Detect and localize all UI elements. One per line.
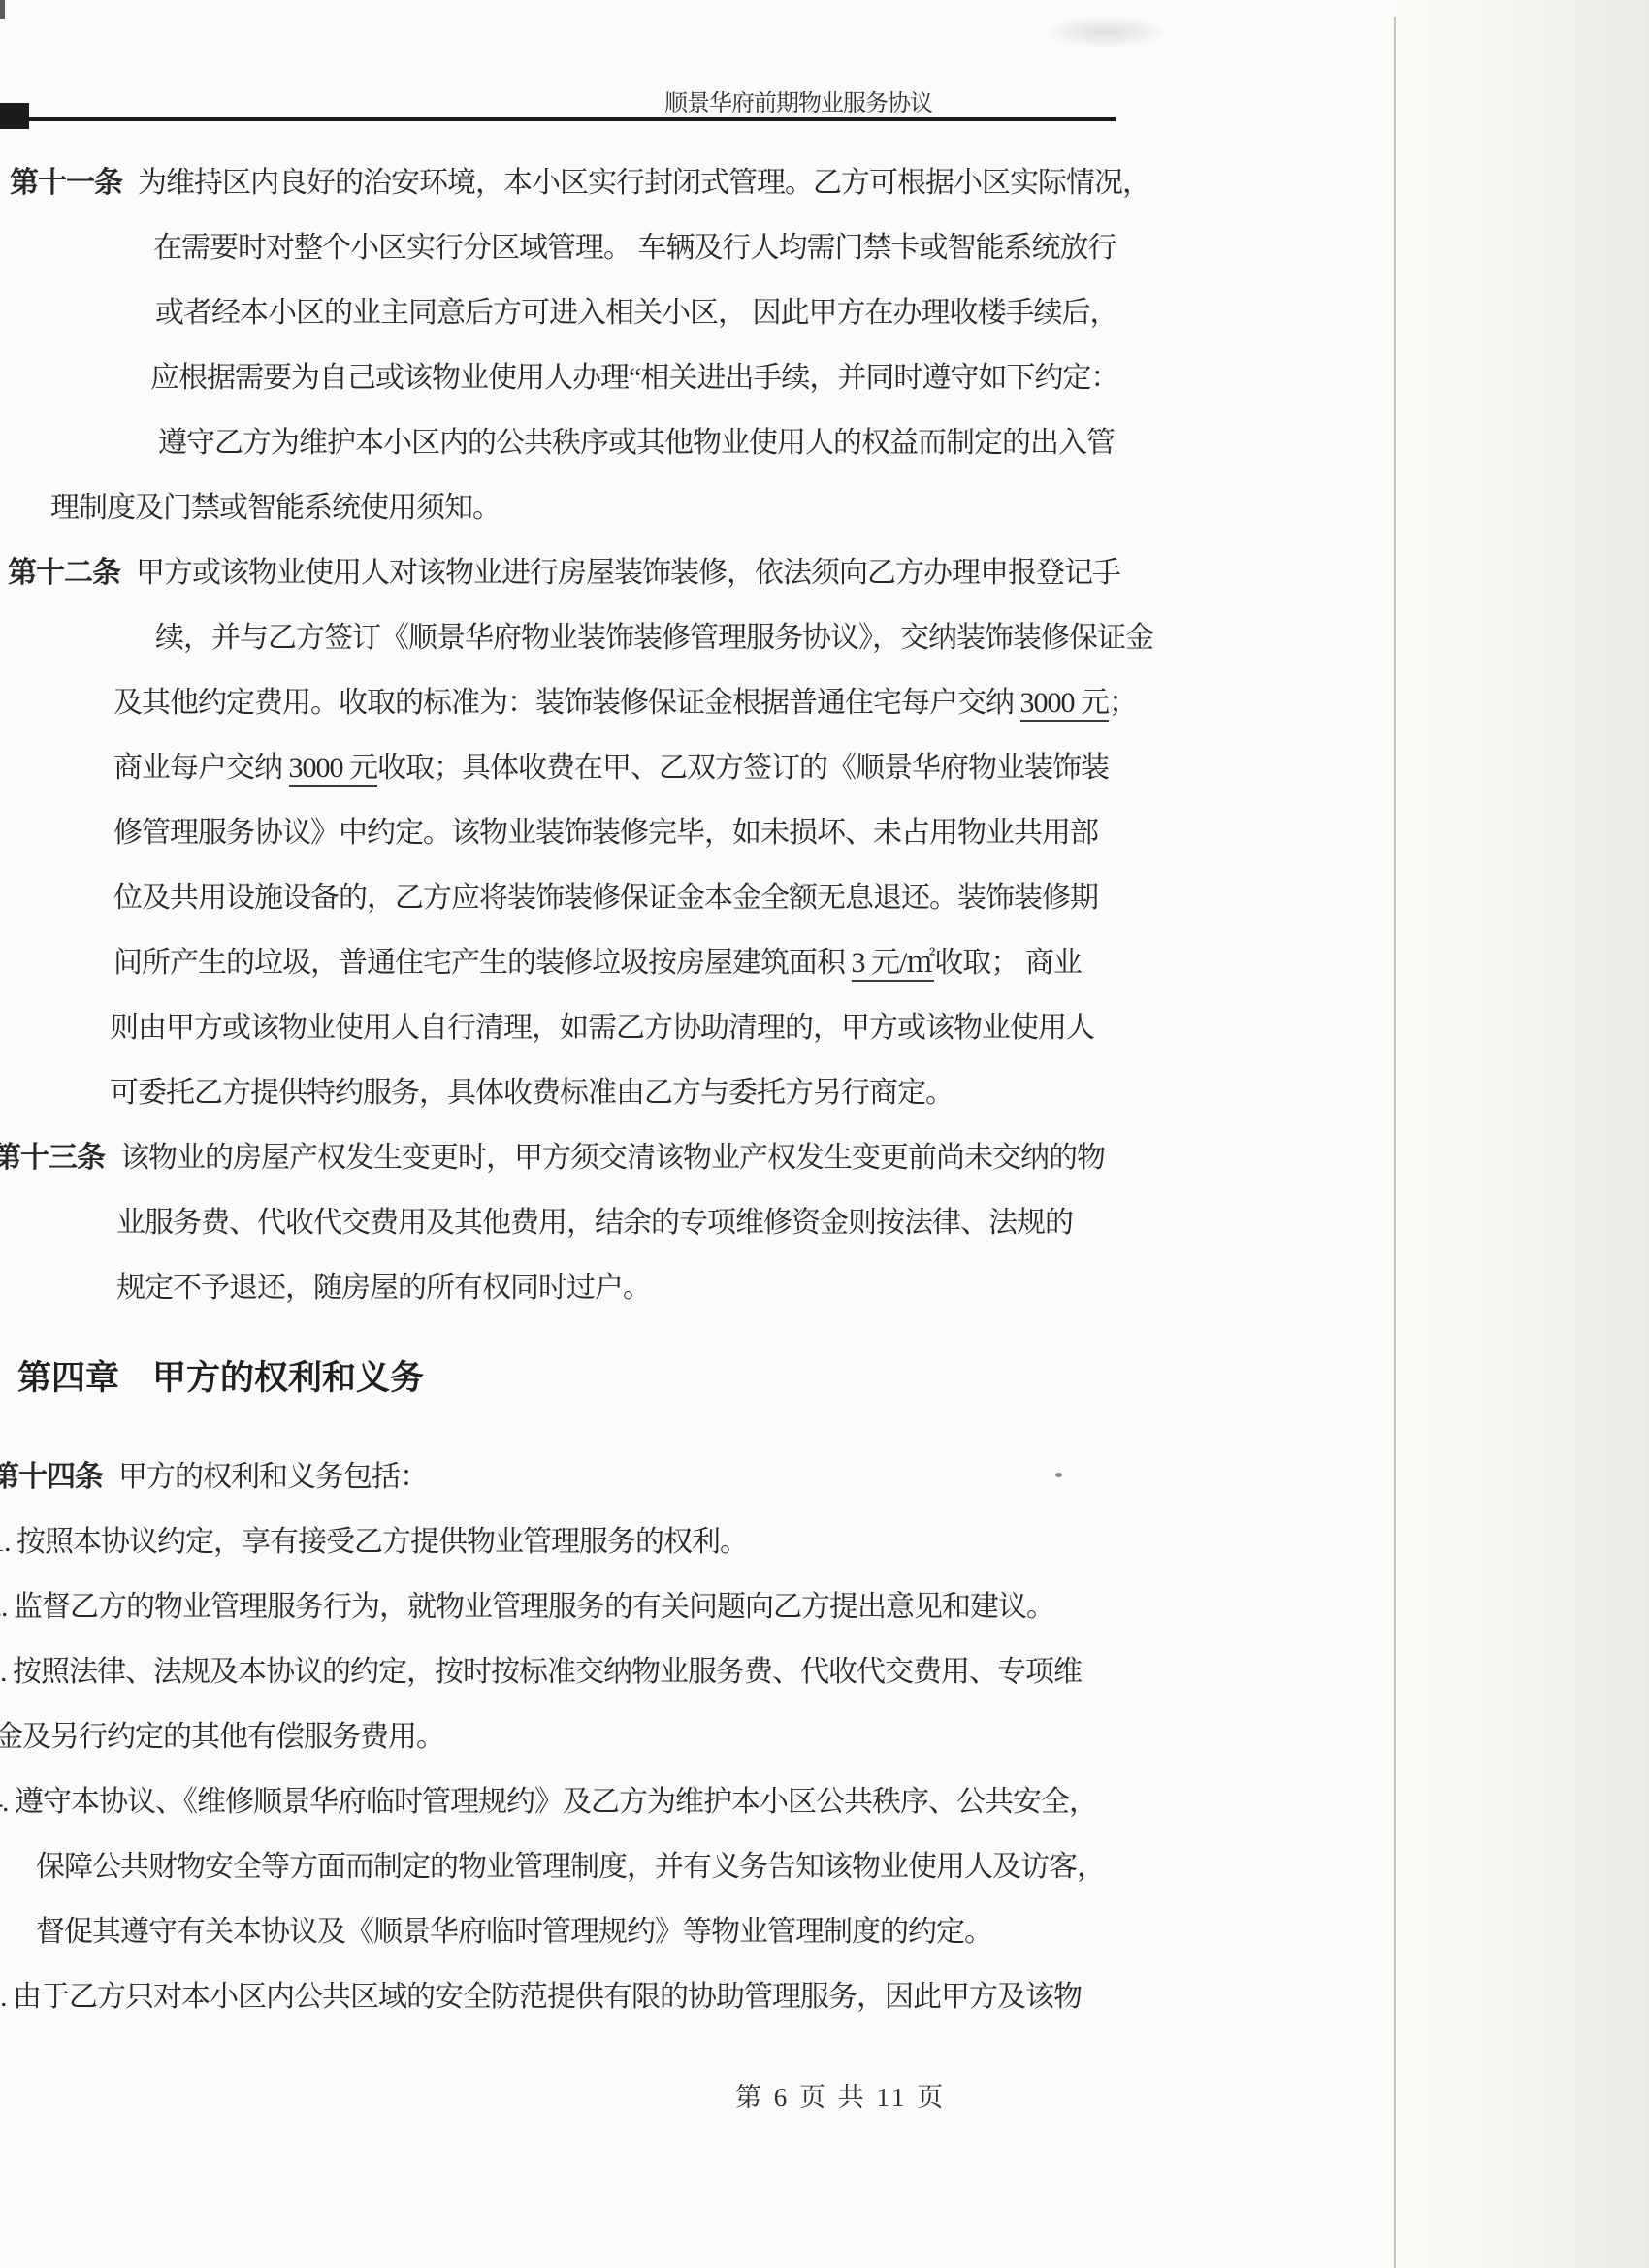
- article-12-text-4b: 收取；具体收费在甲、乙双方签订的《顺景华府物业装饰装: [377, 752, 1109, 784]
- deposit-amount-residential: 3000 元: [1020, 687, 1110, 722]
- list-item-3-line-1: 3. 按照法律、法规及本协议的约定，按时按标准交纳物业服务费、代收代交费用、专项…: [0, 1639, 1280, 1704]
- article-13-label: 第十三条: [0, 1142, 105, 1174]
- document-body: 第十一条为维持区内良好的治安环境，本小区实行封闭式管理。乙方可根据小区实际情况，…: [0, 150, 1280, 2029]
- chapter-4-number: 第四章: [17, 1359, 119, 1397]
- deposit-amount-commercial: 3000 元: [289, 752, 378, 787]
- list-item-2: 2. 监督乙方的物业管理服务行为，就物业管理服务的有关问题向乙方提出意见和建议。: [0, 1574, 1280, 1639]
- article-12-line-5: 修管理服务协议》中约定。该物业装饰装修完毕，如未损坏、未占用物业共用部: [113, 800, 1280, 865]
- scan-edge-artifact: [0, 0, 5, 19]
- chapter-4-title: 甲方的权利和义务: [152, 1359, 424, 1397]
- article-14-text-1: 甲方的权利和义务包括：: [118, 1461, 428, 1493]
- article-12-line-7: 间所产生的垃圾，普通住宅产生的装修垃圾按房屋建筑面积 3 元/㎡收取； 商业: [113, 930, 1280, 995]
- article-13-line-1: 第十三条该物业的房屋产权发生变更时，甲方须交清该物业产权发生变更前尚未交纳的物: [0, 1125, 1280, 1190]
- paper-edge-line: [1394, 17, 1396, 2268]
- list-item-4-line-3: 督促其遵守有关本协议及《顺景华府临时管理规约》等物业管理制度的约定。: [36, 1899, 1280, 1964]
- article-11-line-1: 第十一条为维持区内良好的治安环境，本小区实行封闭式管理。乙方可根据小区实际情况，: [10, 150, 1280, 215]
- article-12-line-2: 续，并与乙方签订《顺景华府物业装饰装修管理服务协议》，交纳装饰装修保证金: [155, 605, 1280, 670]
- article-13-text-1: 该物业的房屋产权发生变更时，甲方须交清该物业产权发生变更前尚未交纳的物: [120, 1142, 1105, 1174]
- article-12-line-1: 第十二条甲方或该物业使用人对该物业进行房屋装饰装修，依法须向乙方办理申报登记手: [8, 540, 1280, 605]
- article-11-line-6: 理制度及门禁或智能系统使用须知。: [50, 475, 1280, 540]
- paper-edge-shading: [1396, 0, 1649, 2268]
- article-11-line-4: 应根据需要为自己或该物业使用人办理“相关进出手续，并同时遵守如下约定：: [150, 345, 1280, 410]
- article-12-text-1: 甲方或该物业使用人对该物业进行房屋装饰装修，依法须向乙方办理申报登记手: [136, 557, 1120, 589]
- garbage-fee-rate: 3 元/㎡: [852, 947, 935, 982]
- list-item-4-line-2: 保障公共财物安全等方面而制定的物业管理制度，并有义务告知该物业使用人及访客，: [36, 1834, 1280, 1899]
- list-item-1: 1. 按照本协议约定，享有接受乙方提供物业管理服务的权利。: [0, 1509, 1280, 1574]
- article-11-line-3: 或者经本小区的业主同意后方可进入相关小区， 因此甲方在办理收楼手续后，: [155, 280, 1280, 345]
- chapter-4-heading: 第四章甲方的权利和义务: [17, 1345, 1280, 1410]
- article-13-line-3: 规定不予退还，随房屋的所有权同时过户。: [116, 1255, 1280, 1320]
- list-item-3-line-2: 金及另行约定的其他有偿服务费用。: [0, 1704, 1280, 1769]
- header-rule: [21, 117, 1115, 121]
- list-item-4-line-1: 4. 遵守本协议、《维修顺景华府临时管理规约》及乙方为维护本小区公共秩序、公共安…: [0, 1769, 1280, 1834]
- article-12-text-7a: 间所产生的垃圾，普通住宅产生的装修垃圾按房屋建筑面积: [113, 947, 852, 979]
- article-12-text-3b: ；: [1109, 687, 1137, 719]
- scanned-document-page: 顺景华府前期物业服务协议 第十一条为维持区内良好的治安环境，本小区实行封闭式管理…: [0, 0, 1649, 2268]
- article-12-line-4: 商业每户交纳 3000 元收取；具体收费在甲、乙双方签订的《顺景华府物业装饰装: [113, 735, 1280, 800]
- article-11-text-1: 为维持区内良好的治安环境，本小区实行封闭式管理。乙方可根据小区实际情况，: [138, 167, 1150, 199]
- article-12-text-3a: 及其他约定费用。收取的标准为：装饰装修保证金根据普通住宅每户交纳: [113, 687, 1020, 719]
- article-12-text-7b: 收取； 商业: [934, 947, 1082, 979]
- scan-black-mark: [0, 103, 29, 129]
- article-12-line-8: 则由甲方或该物业使用人自行清理，如需乙方协助清理的，甲方或该物业使用人: [110, 995, 1280, 1060]
- article-11-label: 第十一条: [10, 167, 122, 199]
- article-12-label: 第十二条: [8, 557, 120, 589]
- article-12-line-6: 位及共用设施设备的，乙方应将装饰装修保证金本金全额无息退还。装饰装修期: [113, 865, 1280, 930]
- article-11-line-2: 在需要时对整个小区实行分区域管理。 车辆及行人均需门禁卡或智能系统放行: [153, 215, 1280, 280]
- article-12-text-4a: 商业每户交纳: [113, 752, 289, 784]
- scan-smudge-artifact: [1043, 16, 1169, 49]
- article-14-line-1: 第十四条甲方的权利和义务包括：: [0, 1444, 1280, 1509]
- article-12-line-3: 及其他约定费用。收取的标准为：装饰装修保证金根据普通住宅每户交纳 3000 元；: [113, 670, 1280, 735]
- list-item-5-line-1: 5. 由于乙方只对本小区内公共区域的安全防范提供有限的协助管理服务，因此甲方及该…: [0, 1964, 1280, 2029]
- document-header-title: 顺景华府前期物业服务协议: [664, 83, 932, 117]
- article-14-label: 第十四条: [0, 1461, 103, 1493]
- article-11-line-5: 遵守乙方为维护本小区内的公共秩序或其他物业使用人的权益而制定的出入管: [158, 410, 1280, 475]
- article-12-line-9: 可委托乙方提供特约服务，具体收费标准由乙方与委托方另行商定。: [110, 1060, 1280, 1125]
- article-13-line-2: 业服务费、代收代交费用及其他费用，结余的专项维修资金则按法律、法规的: [116, 1190, 1280, 1255]
- page-number-footer: 第 6 页 共 11 页: [735, 2076, 946, 2114]
